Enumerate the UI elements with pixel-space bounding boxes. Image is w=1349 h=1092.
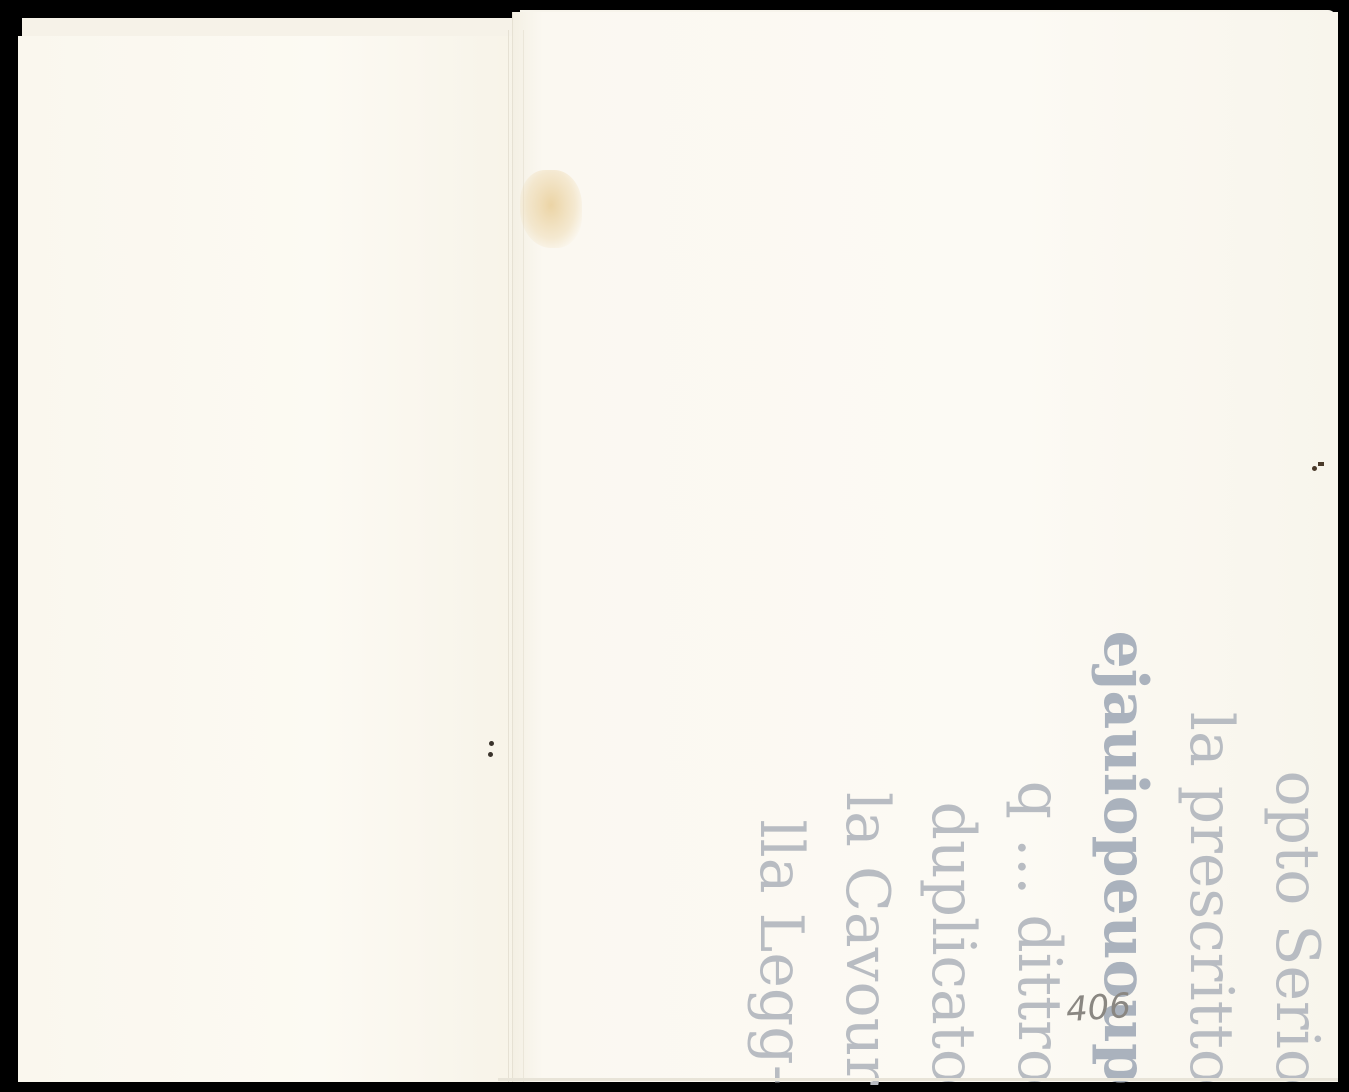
ink-spot	[489, 741, 494, 746]
text-line: lla Legg-	[738, 465, 824, 1085]
paper-stain	[520, 170, 582, 248]
left-folded-sheet	[18, 36, 523, 1082]
text-line: opto Serio	[1254, 465, 1340, 1085]
text-line: la prescritto	[1168, 465, 1254, 1085]
show-through-text-block: opto Serio la prescritto ejauiopeuoup q …	[560, 465, 1340, 1085]
mirrored-printed-text: opto Serio la prescritto ejauiopeuoup q …	[560, 465, 1340, 1085]
ink-spot	[488, 752, 493, 757]
text-line: duplicato	[910, 465, 996, 1085]
handwritten-number: 406	[1065, 986, 1133, 1030]
text-line: la Cavour	[824, 465, 910, 1085]
sheet-bottom-edge	[498, 1078, 1338, 1081]
